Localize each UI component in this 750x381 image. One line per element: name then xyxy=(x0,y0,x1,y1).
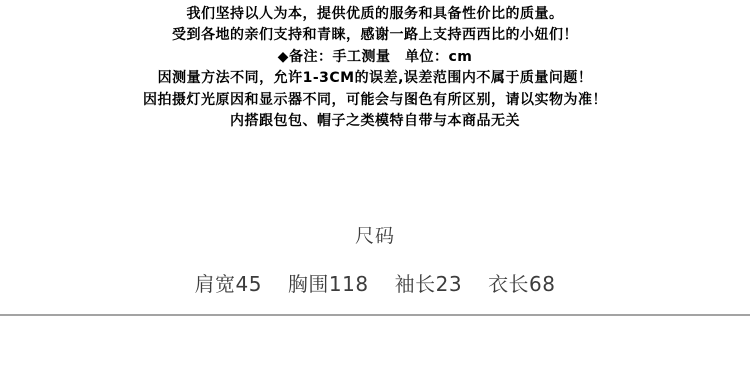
measurement-bust: 胸围118 xyxy=(288,273,369,296)
notice-line-thanks: 受到各地的亲们支持和青睐，感谢一路上支持西西比的小妞们！ xyxy=(0,25,750,46)
seller-notice-block: 我们坚持以人为本，提供优质的服务和具备性价比的质量。 受到各地的亲们支持和青睐，… xyxy=(0,0,750,132)
notice-line-remark-measure-unit: ◆备注：手工测量 单位：cm xyxy=(0,47,750,68)
measurement-sleeve-length: 袖长23 xyxy=(395,273,462,296)
section-divider xyxy=(0,314,750,316)
notice-line-accessories-not-included: 内搭跟包包、帽子之类模特自带与本商品无关 xyxy=(0,111,750,132)
notice-line-service: 我们坚持以人为本，提供优质的服务和具备性价比的质量。 xyxy=(0,4,750,25)
measurements-row: 肩宽45 胸围118 袖长23 衣长68 xyxy=(0,273,750,296)
measurement-garment-length: 衣长68 xyxy=(488,273,555,296)
notice-line-color-difference: 因拍摄灯光原因和显示器不同，可能会与图色有所区别，请以实物为准！ xyxy=(0,90,750,111)
notice-line-tolerance: 因测量方法不同，允许1-3CM的误差,误差范围内不属于质量问题！ xyxy=(0,68,750,89)
size-section-title: 尺码 xyxy=(0,226,750,247)
product-description-page: 我们坚持以人为本，提供优质的服务和具备性价比的质量。 受到各地的亲们支持和青睐，… xyxy=(0,0,750,381)
measurement-shoulder-width: 肩宽45 xyxy=(194,273,261,296)
